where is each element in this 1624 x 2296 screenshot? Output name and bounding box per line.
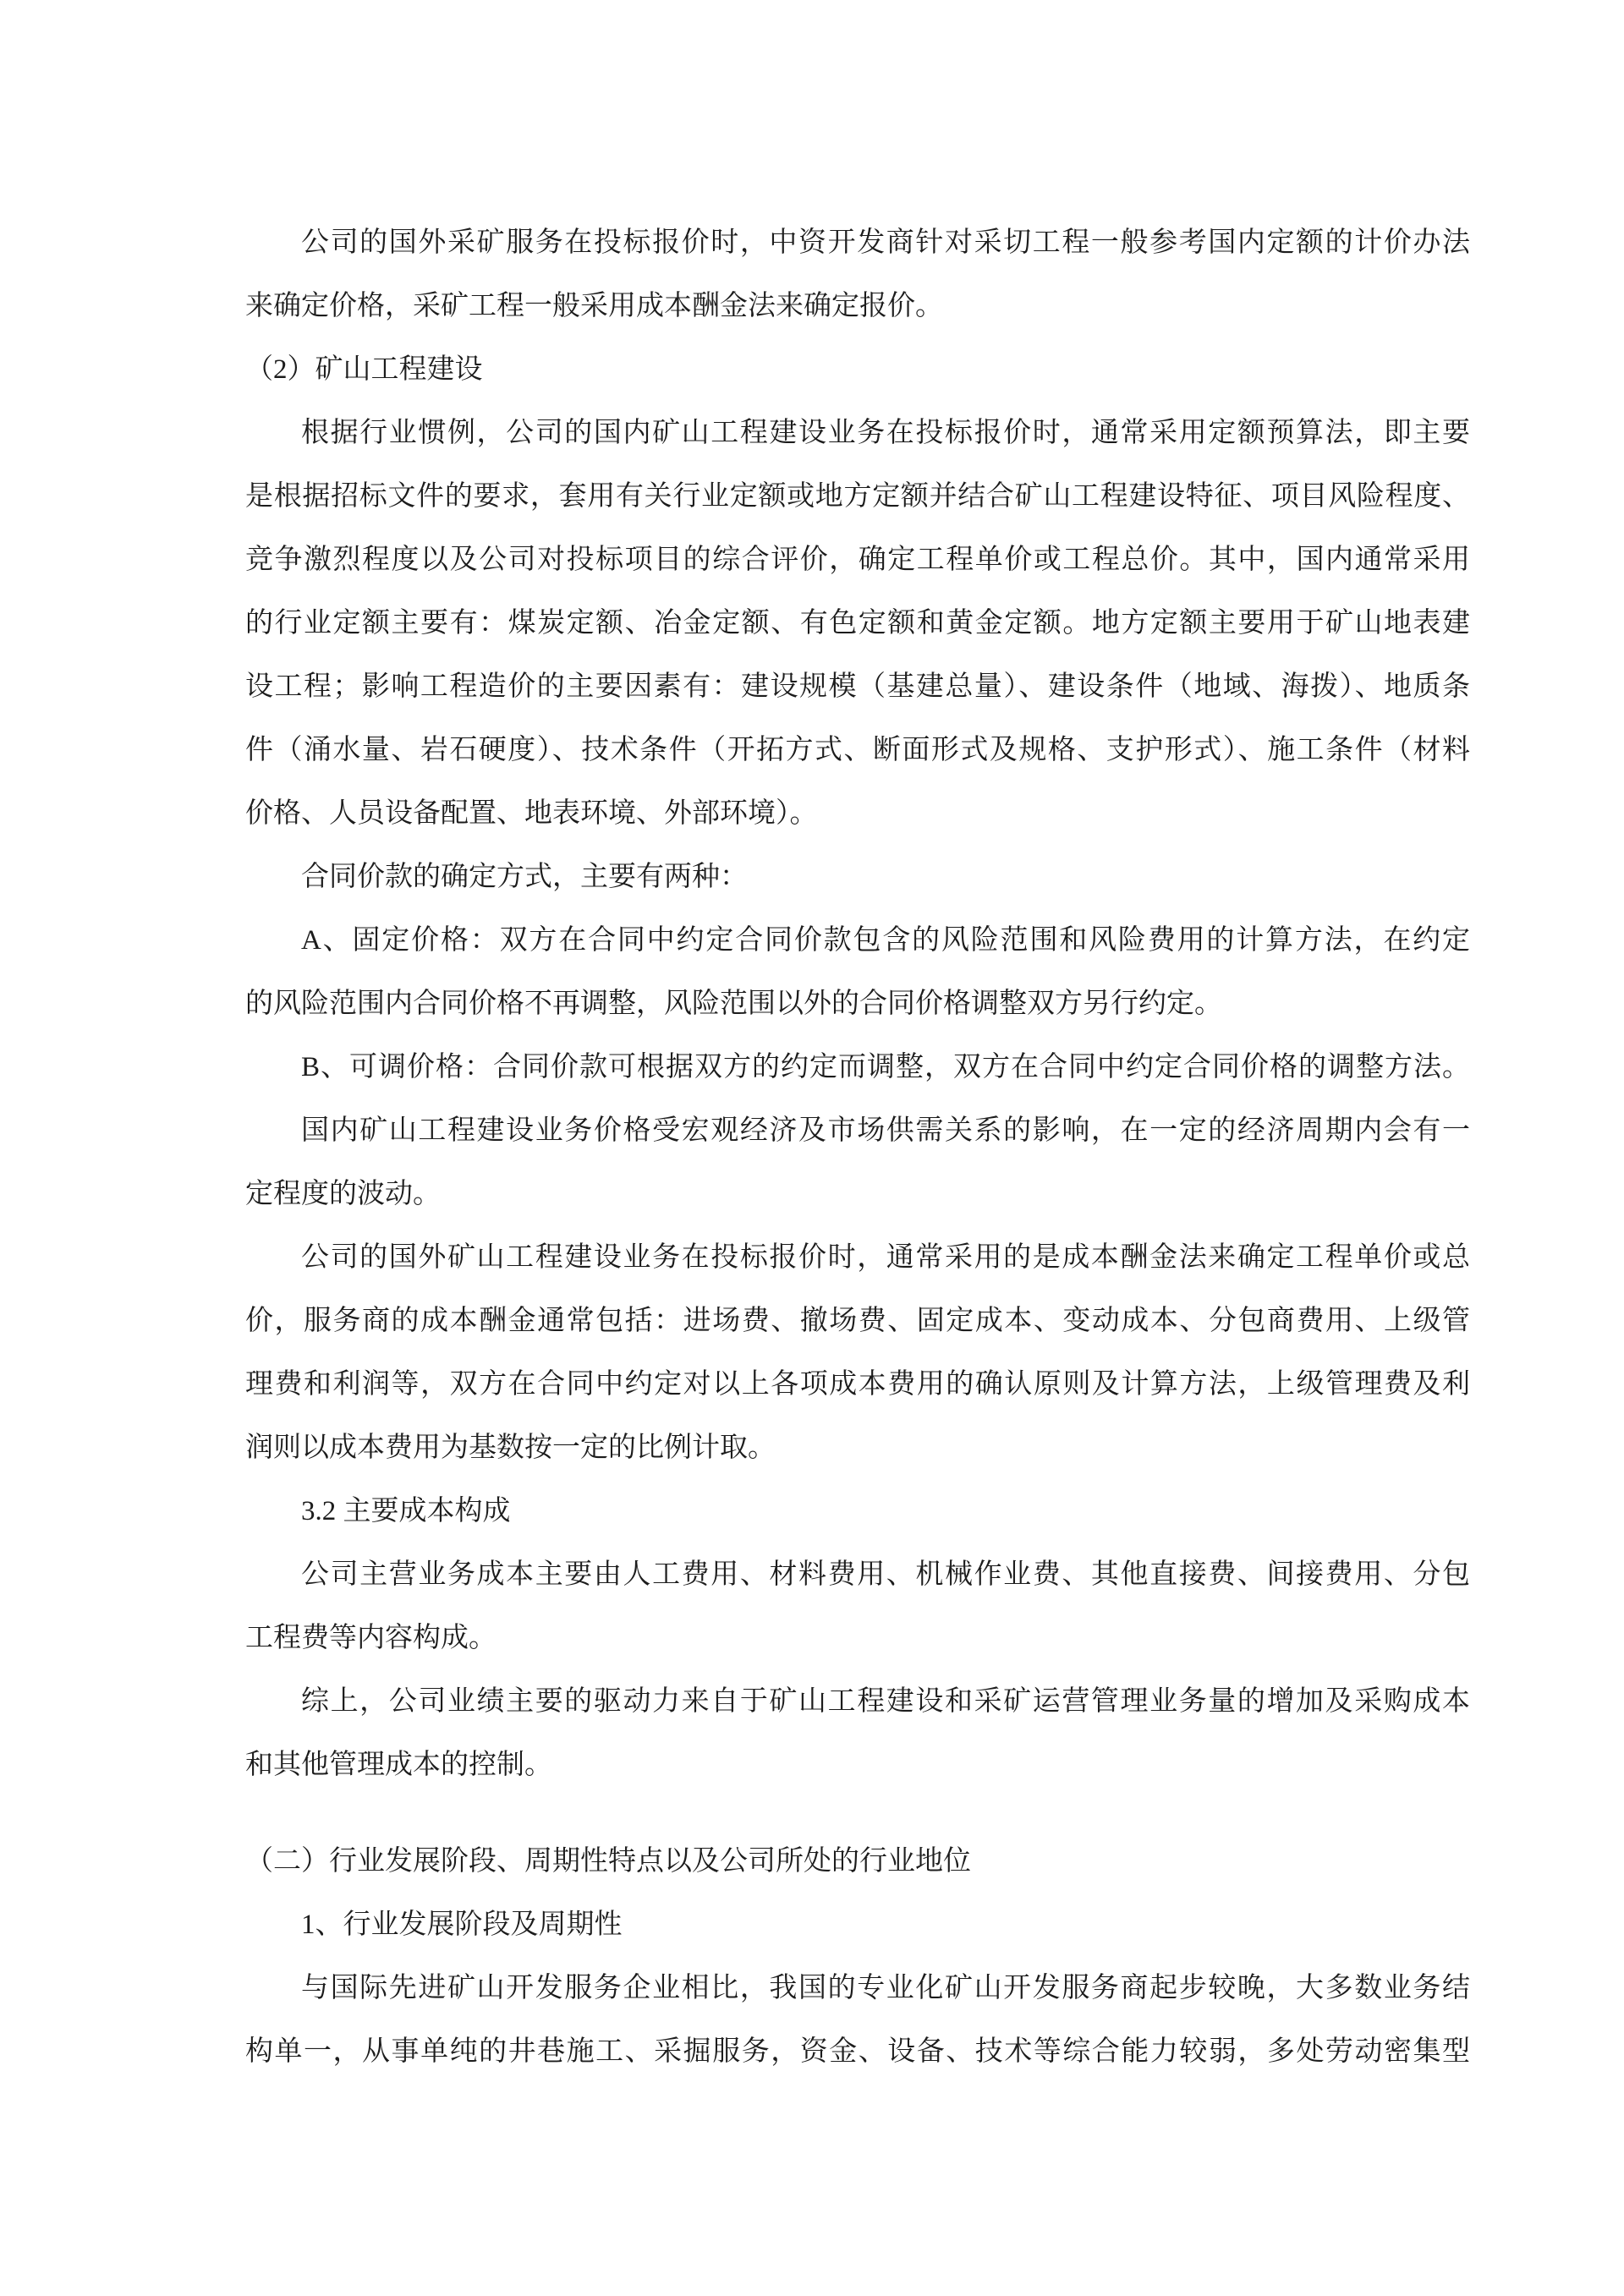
text-line: 润则以成本费用为基数按一定的比例计取。 [245, 1417, 1470, 1480]
section-heading-line: 1、行业发展阶段及周期性 [245, 1893, 1470, 1957]
section-heading-line: （二）行业发展阶段、周期性特点以及公司所处的行业地位 [245, 1830, 1470, 1893]
section-heading-line: 3.2 主要成本构成 [245, 1480, 1470, 1543]
section-heading-line: （2）矿山工程建设 [245, 338, 1470, 402]
text-line: 来确定价格，采矿工程一般采用成本酬金法来确定报价。 [245, 275, 1470, 338]
document-body: 公司的国外采矿服务在投标报价时，中资开发商针对采切工程一般参考国内定额的计价办法… [245, 211, 1470, 2084]
text-line: 的行业定额主要有：煤炭定额、冶金定额、有色定额和黄金定额。地方定额主要用于矿山地… [245, 592, 1470, 655]
text-line: A、固定价格：双方在合同中约定合同价款包含的风险范围和风险费用的计算方法，在约定 [245, 909, 1470, 973]
text-line: 公司的国外采矿服务在投标报价时，中资开发商针对采切工程一般参考国内定额的计价办法 [245, 211, 1470, 275]
text-line: 设工程；影响工程造价的主要因素有：建设规模（基建总量）、建设条件（地域、海拨）、… [245, 655, 1470, 719]
text-line: 公司的国外矿山工程建设业务在投标报价时，通常采用的是成本酬金法来确定工程单价或总 [245, 1226, 1470, 1290]
section-gap [245, 1797, 1470, 1830]
text-line: 构单一，从事单纯的井巷施工、采掘服务，资金、设备、技术等综合能力较弱，多处劳动密… [245, 2020, 1470, 2084]
text-line: 综上，公司业绩主要的驱动力来自于矿山工程建设和采矿运营管理业务量的增加及采购成本 [245, 1670, 1470, 1734]
text-line: 公司主营业务成本主要由人工费用、材料费用、机械作业费、其他直接费、间接费用、分包 [245, 1543, 1470, 1607]
text-line: 理费和利润等，双方在合同中约定对以上各项成本费用的确认原则及计算方法，上级管理费… [245, 1353, 1470, 1417]
text-line: 是根据招标文件的要求，套用有关行业定额或地方定额并结合矿山工程建设特征、项目风险… [245, 465, 1470, 529]
text-line: 工程费等内容构成。 [245, 1607, 1470, 1670]
text-line: 定程度的波动。 [245, 1163, 1470, 1226]
text-line: 的风险范围内合同价格不再调整，风险范围以外的合同价格调整双方另行约定。 [245, 973, 1470, 1036]
text-line: 合同价款的确定方式，主要有两种： [245, 846, 1470, 909]
text-line: 价格、人员设备配置、地表环境、外部环境）。 [245, 782, 1470, 846]
text-line: 国内矿山工程建设业务价格受宏观经济及市场供需关系的影响，在一定的经济周期内会有一 [245, 1099, 1470, 1163]
text-line: B、可调价格：合同价款可根据双方的约定而调整，双方在合同中约定合同价格的调整方法… [245, 1036, 1470, 1099]
text-line: 与国际先进矿山开发服务企业相比，我国的专业化矿山开发服务商起步较晚，大多数业务结 [245, 1957, 1470, 2020]
text-line: 根据行业惯例，公司的国内矿山工程建设业务在投标报价时，通常采用定额预算法，即主要 [245, 402, 1470, 465]
text-line: 和其他管理成本的控制。 [245, 1734, 1470, 1797]
text-line: 价，服务商的成本酬金通常包括：进场费、撤场费、固定成本、变动成本、分包商费用、上… [245, 1290, 1470, 1353]
text-line: 件（涌水量、岩石硬度）、技术条件（开拓方式、断面形式及规格、支护形式）、施工条件… [245, 719, 1470, 782]
document-page: 公司的国外采矿服务在投标报价时，中资开发商针对采切工程一般参考国内定额的计价办法… [0, 0, 1624, 2296]
text-line: 竞争激烈程度以及公司对投标项目的综合评价，确定工程单价或工程总价。其中，国内通常… [245, 529, 1470, 592]
